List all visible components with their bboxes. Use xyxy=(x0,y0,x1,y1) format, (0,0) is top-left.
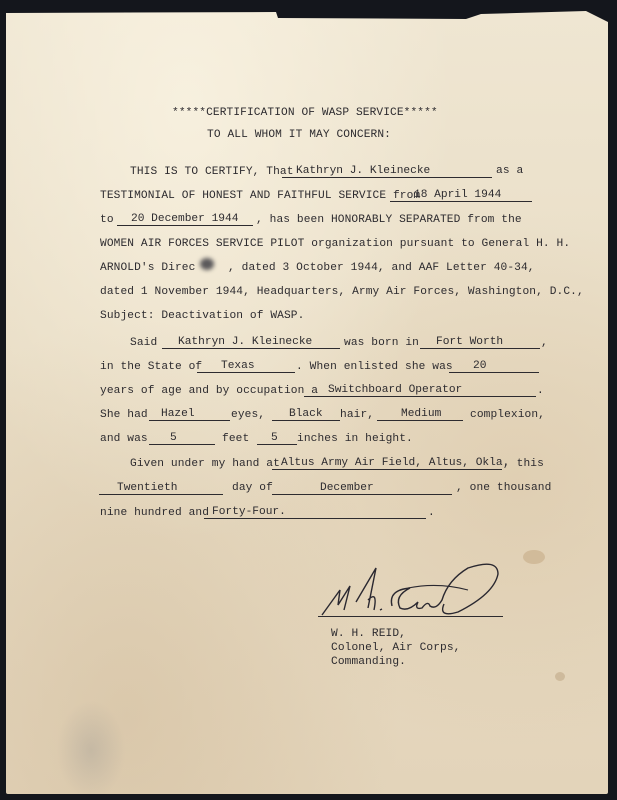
field-feet: 5 xyxy=(149,431,215,445)
eyes-label: eyes, xyxy=(231,408,265,422)
field-year: Forty-Four. xyxy=(204,505,426,519)
this-label: , this xyxy=(503,457,544,471)
enlisted-label: . When enlisted she was xyxy=(296,360,453,374)
field-complexion: Medium xyxy=(377,407,463,421)
signer-rank: Colonel, Air Corps, xyxy=(331,641,460,655)
organization-text: WOMEN AIR FORCES SERVICE PILOT organizat… xyxy=(100,237,570,251)
separated-text: , has been HONORABLY SEPARATED from the xyxy=(256,213,522,227)
period-2: . xyxy=(428,506,435,520)
comma: , xyxy=(541,336,548,350)
letter-date-text: dated 1 November 1944, Headquarters, Arm… xyxy=(100,285,584,299)
ink-smudge xyxy=(200,258,214,270)
hair-label: hair, xyxy=(340,408,374,422)
signer-name: W. H. REID, xyxy=(331,627,406,641)
period: . xyxy=(537,384,544,398)
born-in-label: was born in xyxy=(344,336,419,350)
state-label: in the State of xyxy=(100,360,202,374)
certify-label: THIS IS TO CERTIFY, That xyxy=(130,165,294,179)
field-occupation: Switchboard Operator xyxy=(304,383,536,397)
one-thousand-label: , one thousand xyxy=(456,481,551,495)
paper-stain xyxy=(523,550,545,564)
given-label: Given under my hand at xyxy=(130,457,280,471)
to-label: to xyxy=(100,213,114,227)
document-title: *****CERTIFICATION OF WASP SERVICE***** xyxy=(172,106,438,120)
testimonial-label: TESTIMONIAL OF HONEST AND FAITHFUL SERVI… xyxy=(100,189,420,203)
directive-text-suffix: , dated 3 October 1944, and AAF Letter 4… xyxy=(228,261,535,275)
said-label: Said xyxy=(130,336,157,350)
field-day: Twentieth xyxy=(99,481,223,495)
complexion-label: complexion, xyxy=(470,408,545,422)
field-state: Texas xyxy=(197,359,295,373)
field-service-from: 18 April 1944 xyxy=(390,188,532,202)
field-month: December xyxy=(272,481,452,495)
field-place: Altus Army Air Field, Altus, Okla. xyxy=(272,456,502,470)
feet-label: feet xyxy=(222,432,249,446)
day-of-label: day of xyxy=(232,481,273,495)
field-name-2: Kathryn J. Kleinecke xyxy=(162,335,340,349)
she-had-label: She had xyxy=(100,408,148,422)
field-service-to: 20 December 1944 xyxy=(117,212,253,226)
field-inches: 5 xyxy=(257,431,297,445)
salutation: TO ALL WHOM IT MAY CONCERN: xyxy=(207,128,391,142)
as-a-label: as a xyxy=(496,164,523,178)
height-label: and was xyxy=(100,432,148,446)
inches-label: inches in height. xyxy=(297,432,413,446)
paper-grime xyxy=(56,700,126,800)
nine-hundred-label: nine hundred and xyxy=(100,506,209,520)
handwritten-signature xyxy=(318,560,508,622)
field-age: 20 xyxy=(449,359,539,373)
occupation-label: years of age and by occupation a xyxy=(100,384,318,398)
signature-line xyxy=(318,616,503,617)
subject-text: Subject: Deactivation of WASP. xyxy=(100,309,304,323)
signer-title: Commanding. xyxy=(331,655,406,669)
field-birthplace: Fort Worth xyxy=(420,335,540,349)
directive-text-prefix: ARNOLD's Direc xyxy=(100,261,195,275)
field-eyes: Hazel xyxy=(149,407,230,421)
paper-stain xyxy=(555,672,565,681)
field-hair: Black xyxy=(272,407,340,421)
field-name: Kathryn J. Kleinecke xyxy=(282,164,492,178)
